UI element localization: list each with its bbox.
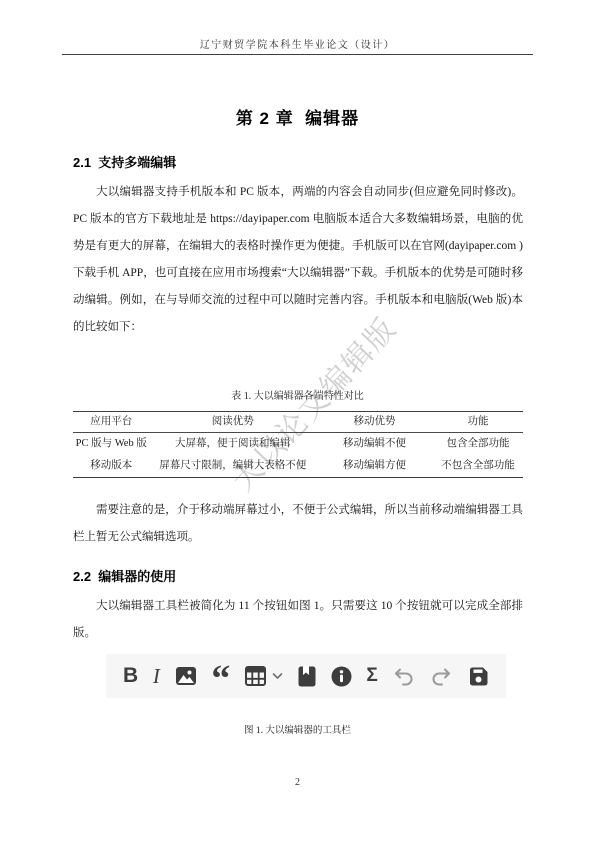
section-heading-2-1: 2.1 支持多端编辑 bbox=[73, 152, 523, 171]
cell-platform: 移动版本 bbox=[73, 455, 150, 478]
book-icon bbox=[298, 664, 316, 688]
image-icon bbox=[175, 664, 197, 688]
redo-icon bbox=[430, 664, 453, 688]
comparison-table: 应用平台 阅读优势 移动优势 功能 PC 版与 Web 版 大屏幕，便于阅读和编… bbox=[73, 411, 523, 478]
chapter-title: 第 2 章 编辑器 bbox=[0, 104, 595, 129]
table-caption: 表 1. 大以编辑器各端特性对比 bbox=[0, 387, 595, 402]
chevron-down-icon bbox=[272, 672, 283, 680]
cell-mobility: 移动编辑不便 bbox=[316, 433, 433, 456]
cell-reading: 屏幕尺寸限制，编辑大表格不便 bbox=[150, 455, 317, 478]
column-header-reading: 阅读优势 bbox=[150, 412, 317, 433]
paragraph-toolbar-intro: 大以编辑器工具栏被简化为 11 个按钮如图 1。只需要这 10 个按钮就可以完成… bbox=[73, 593, 523, 647]
formula-sigma-icon: Σ bbox=[366, 664, 377, 688]
table-dropdown-icon bbox=[245, 664, 283, 688]
cell-features: 不包含全部功能 bbox=[433, 455, 523, 478]
paragraph-formula-note: 需要注意的是，介于移动端屏幕过小，不便于公式编辑，所以当前移动端编辑器工具栏上暂… bbox=[73, 497, 523, 551]
table-header-row: 应用平台 阅读优势 移动优势 功能 bbox=[73, 412, 523, 433]
italic-icon: I bbox=[153, 664, 160, 688]
undo-icon bbox=[392, 664, 415, 688]
running-header: 辽宁财贸学院本科生毕业论文（设计） bbox=[0, 36, 595, 51]
table-row: PC 版与 Web 版 大屏幕，便于阅读和编辑 移动编辑不便 包含全部功能 bbox=[73, 433, 523, 456]
column-header-mobility: 移动优势 bbox=[316, 412, 433, 433]
header-rule bbox=[62, 54, 533, 55]
cell-features: 包含全部功能 bbox=[433, 433, 523, 456]
page-number: 2 bbox=[0, 777, 595, 788]
editor-toolbar-figure: B I “ bbox=[106, 654, 506, 698]
table-row: 移动版本 屏幕尺寸限制，编辑大表格不便 移动编辑方便 不包含全部功能 bbox=[73, 455, 523, 478]
column-header-platform: 应用平台 bbox=[73, 412, 150, 433]
info-icon bbox=[331, 664, 352, 688]
table-icon bbox=[245, 666, 266, 686]
cell-mobility: 移动编辑方便 bbox=[316, 455, 433, 478]
bold-icon: B bbox=[123, 664, 138, 688]
paragraph-multi-device: 大以编辑器支持手机版本和 PC 版本，两端的内容会自动同步(但应避免同时修改)。… bbox=[73, 179, 523, 341]
cell-platform: PC 版与 Web 版 bbox=[73, 433, 150, 456]
section-heading-2-2: 2.2 编辑器的使用 bbox=[73, 566, 523, 585]
figure-caption: 图 1. 大以编辑器的工具栏 bbox=[0, 722, 595, 736]
blockquote-icon: “ bbox=[211, 664, 230, 688]
cell-reading: 大屏幕，便于阅读和编辑 bbox=[150, 433, 317, 456]
column-header-features: 功能 bbox=[433, 412, 523, 433]
thesis-page: 大以论文编辑版 辽宁财贸学院本科生毕业论文（设计） 第 2 章 编辑器 2.1 … bbox=[0, 0, 595, 842]
save-icon bbox=[468, 664, 489, 688]
